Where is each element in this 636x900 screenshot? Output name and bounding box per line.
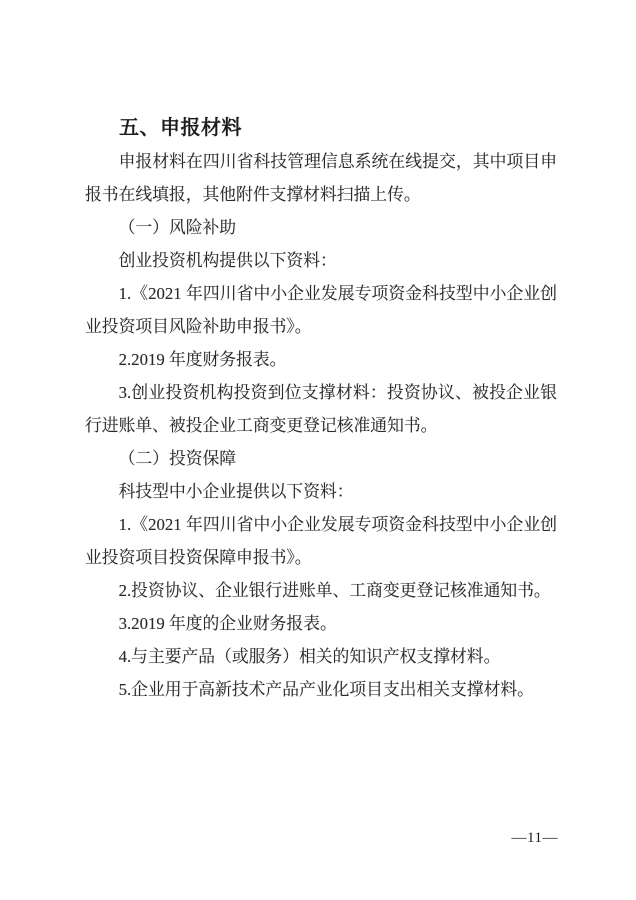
- page-number: —11—: [0, 828, 636, 848]
- paragraph: 3.创业投资机构投资到位支撑材料：投资协议、被投企业银行进账单、被投企业工商变更…: [85, 376, 557, 442]
- paragraph: 申报材料在四川省科技管理信息系统在线提交，其中项目申报书在线填报，其他附件支撑材…: [85, 145, 557, 211]
- section-heading: 五、申报材料: [85, 112, 557, 145]
- paragraph: 1.《2021 年四川省中小企业发展专项资金科技型中小企业创业投资项目投资保障申…: [85, 508, 557, 574]
- paragraph: 4.与主要产品（或服务）相关的知识产权支撑材料。: [85, 640, 557, 673]
- page-content: 五、申报材料 申报材料在四川省科技管理信息系统在线提交，其中项目申报书在线填报，…: [85, 112, 557, 706]
- paragraph: 1.《2021 年四川省中小企业发展专项资金科技型中小企业创业投资项目风险补助申…: [85, 277, 557, 343]
- paragraph: 2.投资协议、企业银行进账单、工商变更登记核准通知书。: [85, 574, 557, 607]
- paragraph: 2.2019 年度财务报表。: [85, 343, 557, 376]
- paragraph: （一）风险补助: [85, 211, 557, 244]
- paragraph: 创业投资机构提供以下资料：: [85, 244, 557, 277]
- document-body: 申报材料在四川省科技管理信息系统在线提交，其中项目申报书在线填报，其他附件支撑材…: [85, 145, 557, 706]
- paragraph: 3.2019 年度的企业财务报表。: [85, 607, 557, 640]
- paragraph: （二）投资保障: [85, 442, 557, 475]
- document-page: 五、申报材料 申报材料在四川省科技管理信息系统在线提交，其中项目申报书在线填报，…: [0, 0, 636, 900]
- paragraph: 科技型中小企业提供以下资料：: [85, 475, 557, 508]
- paragraph: 5.企业用于高新技术产品产业化项目支出相关支撑材料。: [85, 673, 557, 706]
